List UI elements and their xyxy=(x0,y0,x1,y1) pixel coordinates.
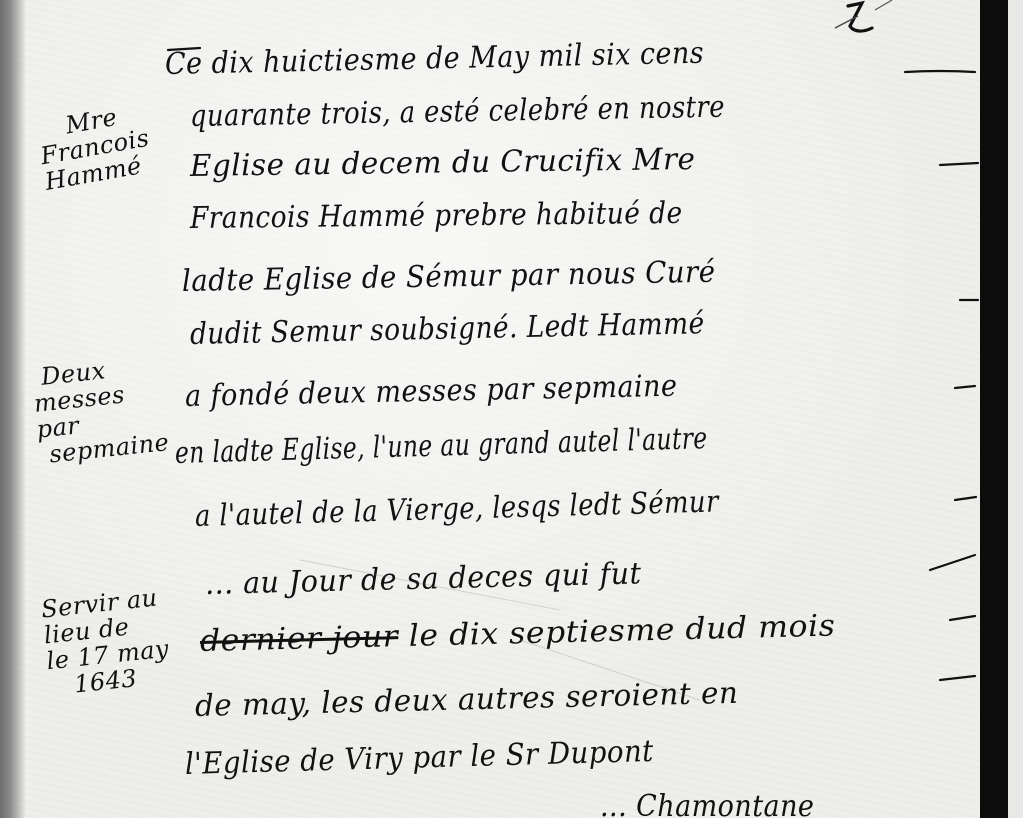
partial-bottom-line: ... Chamontane xyxy=(600,790,814,818)
margin-note-name: Mre Francois Hammé xyxy=(34,99,156,195)
text-line-4: Francois Hammé prebre habitué de xyxy=(190,197,683,236)
folio-number: 2 xyxy=(830,0,900,42)
text-line-11-content: le dix septiesme dud mois xyxy=(408,608,835,653)
text-line-8: en ladte Eglise, l'une au grand autel l'… xyxy=(175,422,708,471)
text-line-5: ladte Eglise de Sémur par nous Curé xyxy=(182,256,716,299)
text-line-2: quarante trois, a esté celebré en nostre xyxy=(190,91,725,134)
margin-note-masses: Deux messes par sepmaine xyxy=(30,351,170,468)
text-line-3: Eglise au decem du Crucifix Mre xyxy=(190,143,696,184)
text-line-1: Ce dix huictiesme de May mil six cens xyxy=(165,37,705,82)
struck-out-word: dernier jour xyxy=(200,619,399,659)
text-line-11: dernier jour le dix septiesme dud mois xyxy=(200,609,836,659)
margin-note-date: Servir au lieu de le 17 may 1643 xyxy=(40,584,173,700)
text-line-6: dudit Semur soubsigné. Ledt Hammé xyxy=(190,307,705,352)
text-line-13: l'Eglise de Viry par le Sr Dupont xyxy=(185,735,655,782)
text-line-9: a l'autel de la Vierge, lesqs ledt Sémur xyxy=(195,485,720,534)
adjacent-page-edge xyxy=(1008,0,1023,818)
text-line-12: de may, les deux autres seroient en xyxy=(195,677,739,724)
binding-edge xyxy=(0,0,18,818)
page-right-border xyxy=(980,0,1008,818)
text-line-10: ... au Jour de sa deces qui fut xyxy=(205,557,642,602)
manuscript-page: 2 Ce dix huictiesme de May mil six cens … xyxy=(0,0,1023,818)
text-line-7: a fondé deux messes par sepmaine xyxy=(185,370,678,414)
